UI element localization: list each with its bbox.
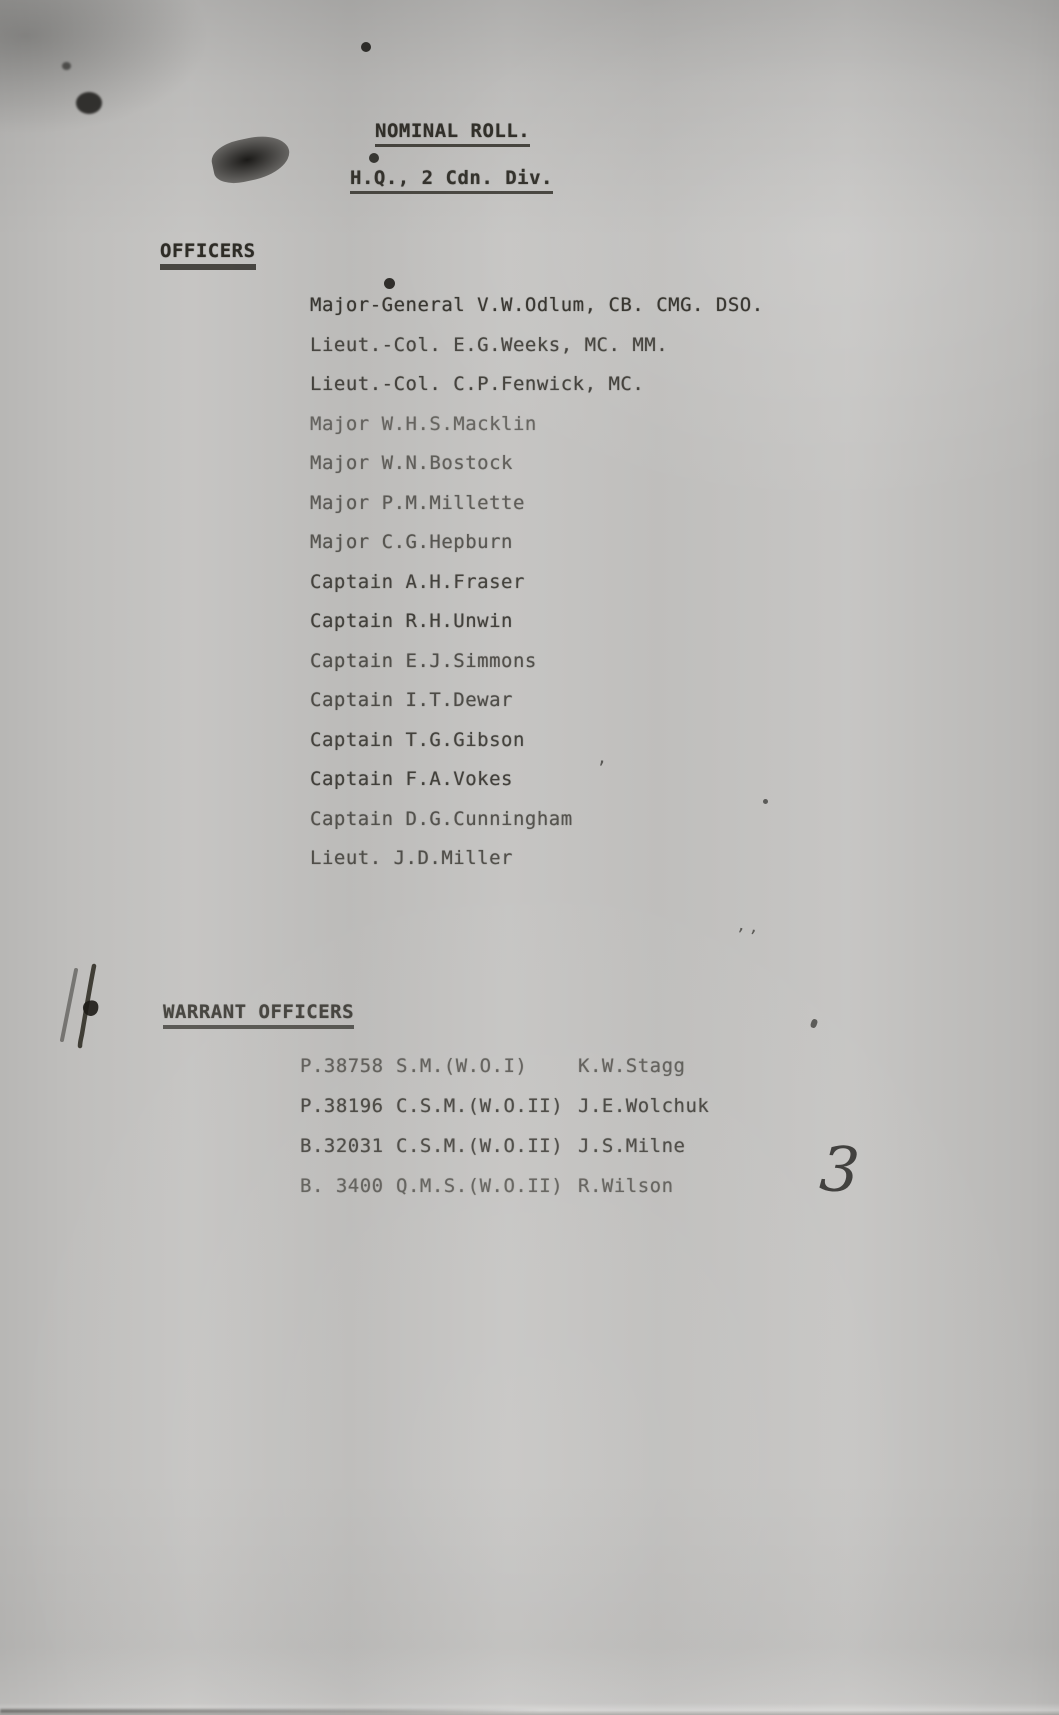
roll-entry: Major C.G.Hepburn <box>310 523 764 563</box>
officers-section-heading: OFFICERS <box>160 240 256 270</box>
pen-tick-marks: ’’ <box>734 924 762 946</box>
warrant-officer-entry: B.32031 C.S.M.(W.O.II) J.S.Milne <box>300 1126 709 1166</box>
roll-entry: Lieut.-Col. E.G.Weeks, MC. MM. <box>310 326 764 366</box>
rank-abbreviation: C.S.M.(W.O.II) <box>396 1086 578 1126</box>
ink-blot <box>76 92 102 114</box>
warrant-officer-entry: P.38196 C.S.M.(W.O.II) J.E.Wolchuk <box>300 1086 709 1126</box>
service-number: B.32031 <box>300 1126 396 1166</box>
handwritten-margin-mark-16 <box>52 962 122 1062</box>
roll-entry: Captain E.J.Simmons <box>310 642 764 682</box>
ink-speck <box>763 799 768 804</box>
person-name: R.Wilson <box>578 1166 674 1206</box>
scan-bottom-shadow <box>0 1709 540 1713</box>
service-number: B. 3400 <box>300 1166 396 1206</box>
rank-abbreviation: C.S.M.(W.O.II) <box>396 1126 578 1166</box>
roll-entry: Captain T.G.Gibson <box>310 721 764 761</box>
service-number: P.38196 <box>300 1086 396 1126</box>
page-subtitle: H.Q., 2 Cdn. Div. <box>350 167 553 194</box>
roll-entry: Major W.N.Bostock <box>310 444 764 484</box>
officers-list: Major-General V.W.Odlum, CB. CMG. DSO. L… <box>310 286 764 879</box>
warrant-officers-section-heading: WARRANT OFFICERS <box>163 1001 354 1029</box>
scanned-document-page: ’’ ’ NOMINAL ROLL. H.Q., 2 Cdn. Div. OFF… <box>0 0 1059 1715</box>
warrant-officer-entry: B. 3400 Q.M.S.(W.O.II) R.Wilson <box>300 1166 709 1206</box>
rank-abbreviation: Q.M.S.(W.O.II) <box>396 1166 578 1206</box>
roll-entry: Major W.H.S.Macklin <box>310 405 764 445</box>
roll-entry: Captain F.A.Vokes <box>310 760 764 800</box>
person-name: J.S.Milne <box>578 1126 685 1166</box>
service-number: P.38758 <box>300 1046 396 1086</box>
ink-blot <box>208 130 293 187</box>
ink-speck <box>369 153 379 163</box>
ink-blot <box>62 62 71 70</box>
page-title: NOMINAL ROLL. <box>375 120 530 147</box>
person-name: K.W.Stagg <box>578 1046 685 1086</box>
rank-abbreviation: S.M.(W.O.I) <box>396 1046 578 1086</box>
roll-entry: Major-General V.W.Odlum, CB. CMG. DSO. <box>310 286 764 326</box>
roll-entry: Captain A.H.Fraser <box>310 563 764 603</box>
roll-entry: Captain R.H.Unwin <box>310 602 764 642</box>
roll-entry: Lieut. J.D.Miller <box>310 839 764 879</box>
roll-entry: Lieut.-Col. C.P.Fenwick, MC. <box>310 365 764 405</box>
warrant-officers-list: P.38758 S.M.(W.O.I) K.W.Stagg P.38196 C.… <box>300 1046 709 1206</box>
ink-speck <box>810 1018 819 1029</box>
ink-speck <box>361 42 371 52</box>
scan-corner-shade <box>0 0 330 200</box>
warrant-officer-entry: P.38758 S.M.(W.O.I) K.W.Stagg <box>300 1046 709 1086</box>
handwritten-margin-mark-3: 3 <box>818 1132 862 1208</box>
roll-entry: Captain D.G.Cunningham <box>310 800 764 840</box>
person-name: J.E.Wolchuk <box>578 1086 709 1126</box>
roll-entry: Captain I.T.Dewar <box>310 681 764 721</box>
roll-entry: Major P.M.Millette <box>310 484 764 524</box>
